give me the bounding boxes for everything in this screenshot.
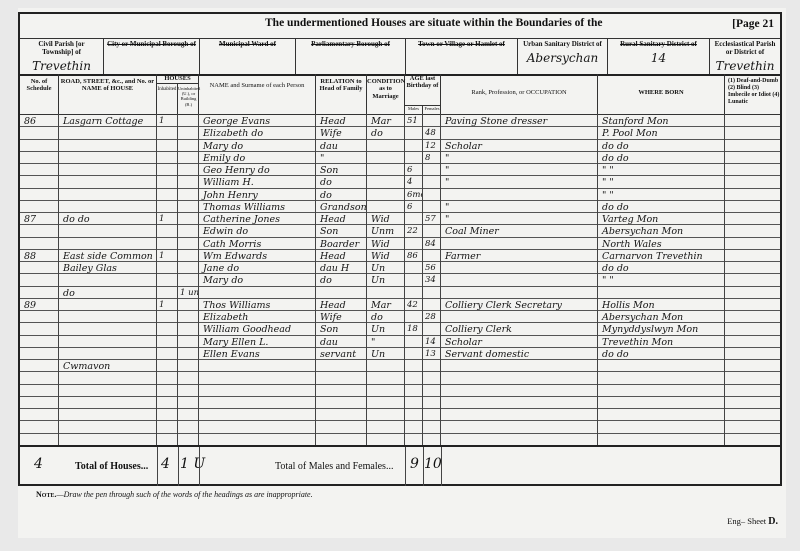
cell-road: Bailey Glas xyxy=(59,261,157,273)
cell-rel: Son xyxy=(316,163,367,175)
cell-uninh xyxy=(178,249,199,261)
cell-name: Wm Edwards xyxy=(199,249,316,261)
cell-road xyxy=(59,273,157,285)
cell-road xyxy=(59,163,157,175)
cell-cond: Mar xyxy=(367,298,405,310)
cell-cond: Wid xyxy=(367,212,405,224)
cell-uninh xyxy=(178,371,199,383)
cell-uninh xyxy=(178,298,199,310)
cell-born xyxy=(598,396,725,408)
cell-cond xyxy=(367,371,405,383)
cell-uninh xyxy=(178,151,199,163)
cell-f xyxy=(423,384,441,396)
cell-rel: do xyxy=(316,175,367,187)
cell-inh xyxy=(157,420,178,432)
cell-born xyxy=(598,433,725,445)
cell-born: " " xyxy=(598,188,725,200)
cell-inf xyxy=(725,420,780,432)
district-label: Ecclesiastical Parish or District of xyxy=(713,40,777,56)
cell-cond xyxy=(367,359,405,371)
page-number: [Page 21 xyxy=(732,18,774,30)
table-row: John Henrydo6mos" " xyxy=(20,188,780,201)
cell-inf xyxy=(725,139,780,151)
total-persons-label: Total of Males and Females... xyxy=(275,461,393,472)
cell-rel: " xyxy=(316,151,367,163)
cell-inh xyxy=(157,359,178,371)
cell-cond xyxy=(367,163,405,175)
cell-inh xyxy=(157,175,178,187)
cell-name: Jane do xyxy=(199,261,316,273)
total-uninhabited: 1 U xyxy=(180,456,205,472)
cell-uninh xyxy=(178,347,199,359)
cell-m xyxy=(405,126,423,138)
cell-born: do do xyxy=(598,347,725,359)
table-row: Ellen EvansservantUn13Servant domesticdo… xyxy=(20,347,780,360)
header-infirmity: (1) Deaf-and-Dumb (2) Blind (3) Imbecile… xyxy=(725,74,780,114)
cell-inh xyxy=(157,188,178,200)
cell-m: 86 xyxy=(405,249,423,261)
cell-road xyxy=(59,224,157,236)
cell-road xyxy=(59,420,157,432)
cell-inf xyxy=(725,188,780,200)
cell-road: do xyxy=(59,286,157,298)
district-cell: City or Municipal Borough of xyxy=(104,38,200,74)
cell-sched xyxy=(20,310,59,322)
cell-road: Lasgarn Cottage xyxy=(59,114,157,126)
cell-rel xyxy=(316,286,367,298)
header-relation: RELATION to Head of Family xyxy=(316,74,367,114)
cell-name: Edwin do xyxy=(199,224,316,236)
cell-uninh xyxy=(178,188,199,200)
cell-road xyxy=(59,151,157,163)
cell-inf xyxy=(725,126,780,138)
cell-inf xyxy=(725,224,780,236)
cell-occ: " xyxy=(441,200,598,212)
cell-uninh xyxy=(178,175,199,187)
cell-sched xyxy=(20,175,59,187)
cell-name: Catherine Jones xyxy=(199,212,316,224)
cell-rel: Wife xyxy=(316,126,367,138)
district-label: Civil Parish [or Township] of xyxy=(23,40,100,56)
cell-f xyxy=(423,408,441,420)
cell-road xyxy=(59,126,157,138)
cell-cond: " xyxy=(367,335,405,347)
cell-name xyxy=(199,371,316,383)
cell-occ xyxy=(441,126,598,138)
cell-f xyxy=(423,175,441,187)
cell-cond: Mar xyxy=(367,114,405,126)
cell-name: Thos Williams xyxy=(199,298,316,310)
cell-inf xyxy=(725,433,780,445)
cell-rel: Son xyxy=(316,224,367,236)
cell-born xyxy=(598,359,725,371)
cell-f xyxy=(423,359,441,371)
cell-f xyxy=(423,163,441,175)
banner-text: The undermentioned Houses are situate wi… xyxy=(265,17,602,29)
cell-sched xyxy=(20,151,59,163)
cell-occ xyxy=(441,408,598,420)
cell-name: Geo Henry do xyxy=(199,163,316,175)
district-cell: Ecclesiastical Parish or District ofTrev… xyxy=(710,38,780,74)
cell-inh: 1 xyxy=(157,298,178,310)
table-row xyxy=(20,396,780,409)
cell-sched xyxy=(20,396,59,408)
cell-road xyxy=(59,396,157,408)
cell-uninh xyxy=(178,261,199,273)
district-value: Trevethin xyxy=(23,59,100,73)
footnote: Note.—Draw the pen through such of the w… xyxy=(36,490,313,499)
district-row: Civil Parish [or Township] ofTrevethinCi… xyxy=(20,38,780,76)
cell-m xyxy=(405,335,423,347)
cell-rel: Head xyxy=(316,114,367,126)
cell-m xyxy=(405,212,423,224)
district-label: City or Municipal Borough of xyxy=(107,40,196,48)
table-row: Cwmavon xyxy=(20,359,780,372)
cell-m xyxy=(405,408,423,420)
cell-uninh xyxy=(178,126,199,138)
cell-inf xyxy=(725,175,780,187)
header-females: Females xyxy=(423,105,441,114)
cell-name: Emily do xyxy=(199,151,316,163)
cell-name: John Henry xyxy=(199,188,316,200)
cell-f: 84 xyxy=(423,237,441,249)
cell-uninh xyxy=(178,359,199,371)
cell-inf xyxy=(725,212,780,224)
cell-road xyxy=(59,322,157,334)
cell-uninh xyxy=(178,420,199,432)
cell-uninh xyxy=(178,322,199,334)
cell-f: 28 xyxy=(423,310,441,322)
cell-rel xyxy=(316,396,367,408)
cell-sched xyxy=(20,261,59,273)
cell-f xyxy=(423,433,441,445)
header-males: Males xyxy=(405,105,423,114)
table-row: William GoodheadSonUn18Colliery ClerkMyn… xyxy=(20,322,780,335)
table-row xyxy=(20,408,780,421)
cell-sched xyxy=(20,200,59,212)
cell-occ xyxy=(441,433,598,445)
cell-f: 57 xyxy=(423,212,441,224)
cell-cond xyxy=(367,175,405,187)
cell-inh xyxy=(157,371,178,383)
cell-sched xyxy=(20,139,59,151)
cell-m: 6 xyxy=(405,200,423,212)
cell-road: do do xyxy=(59,212,157,224)
cell-cond xyxy=(367,384,405,396)
cell-sched xyxy=(20,384,59,396)
cell-name: Thomas Williams xyxy=(199,200,316,212)
table-row: Elizabeth doWifedo48P. Pool Mon xyxy=(20,126,780,139)
cell-rel: Head xyxy=(316,212,367,224)
cell-occ: Paving Stone dresser xyxy=(441,114,598,126)
cell-occ xyxy=(441,273,598,285)
cell-m xyxy=(405,384,423,396)
cell-inh xyxy=(157,126,178,138)
district-cell: Town or Village or Hamlet of xyxy=(406,38,518,74)
cell-inh xyxy=(157,396,178,408)
cell-born xyxy=(598,286,725,298)
cell-rel xyxy=(316,420,367,432)
cell-inh: 1 xyxy=(157,114,178,126)
cell-cond xyxy=(367,408,405,420)
cell-born xyxy=(598,420,725,432)
cell-born xyxy=(598,408,725,420)
cell-occ: Servant domestic xyxy=(441,347,598,359)
cell-m xyxy=(405,396,423,408)
cell-rel: Head xyxy=(316,298,367,310)
cell-f xyxy=(423,322,441,334)
cell-rel: dau xyxy=(316,335,367,347)
cell-m: 51 xyxy=(405,114,423,126)
cell-occ xyxy=(441,396,598,408)
cell-road xyxy=(59,310,157,322)
cell-m xyxy=(405,261,423,273)
cell-uninh xyxy=(178,163,199,175)
cell-uninh xyxy=(178,396,199,408)
cell-cond xyxy=(367,286,405,298)
cell-born: P. Pool Mon xyxy=(598,126,725,138)
cell-f xyxy=(423,114,441,126)
cell-occ: " xyxy=(441,212,598,224)
table-row: Geo Henry doSon6"" " xyxy=(20,163,780,176)
cell-occ: Colliery Clerk Secretary xyxy=(441,298,598,310)
cell-sched: 88 xyxy=(20,249,59,261)
cell-rel xyxy=(316,408,367,420)
cell-born: Abersychan Mon xyxy=(598,310,725,322)
cell-rel xyxy=(316,433,367,445)
cell-inh xyxy=(157,433,178,445)
cell-inh: 1 xyxy=(157,212,178,224)
cell-inh xyxy=(157,151,178,163)
cell-born xyxy=(598,384,725,396)
cell-uninh xyxy=(178,408,199,420)
cell-occ: " xyxy=(441,175,598,187)
cell-inf xyxy=(725,286,780,298)
cell-cond: do xyxy=(367,126,405,138)
table-row xyxy=(20,371,780,384)
district-cell: Parliamentary Borough of xyxy=(296,38,406,74)
district-value: Trevethin xyxy=(713,59,777,73)
cell-inf xyxy=(725,237,780,249)
cell-f xyxy=(423,188,441,200)
cell-born: Abersychan Mon xyxy=(598,224,725,236)
cell-f xyxy=(423,396,441,408)
cell-inf xyxy=(725,114,780,126)
cell-occ xyxy=(441,359,598,371)
cell-inf xyxy=(725,359,780,371)
cell-f xyxy=(423,298,441,310)
total-houses-label: Total of Houses... xyxy=(75,461,148,472)
table-row: Mary Ellen L.dau"14ScholarTrevethin Mon xyxy=(20,335,780,348)
cell-cond xyxy=(367,151,405,163)
cell-sched xyxy=(20,188,59,200)
cell-sched xyxy=(20,163,59,175)
sheet-label: Eng– Sheet D. xyxy=(727,516,778,527)
table-row: Mary dodoUn34" " xyxy=(20,273,780,286)
cell-name: Cath Morris xyxy=(199,237,316,249)
cell-occ xyxy=(441,188,598,200)
cell-uninh xyxy=(178,237,199,249)
cell-born: Varteg Mon xyxy=(598,212,725,224)
district-label: Rural Sanitary District of xyxy=(611,40,706,48)
district-cell: Civil Parish [or Township] ofTrevethin xyxy=(20,38,104,74)
cell-f: 48 xyxy=(423,126,441,138)
cell-inf xyxy=(725,151,780,163)
cell-name: Mary do xyxy=(199,139,316,151)
cell-sched xyxy=(20,359,59,371)
table-row: 87do do1Catherine JonesHeadWid57"Varteg … xyxy=(20,212,780,225)
cell-f xyxy=(423,249,441,261)
cell-f: 12 xyxy=(423,139,441,151)
cell-uninh xyxy=(178,433,199,445)
cell-inh xyxy=(157,261,178,273)
cell-m: 22 xyxy=(405,224,423,236)
cell-f xyxy=(423,286,441,298)
cell-road xyxy=(59,371,157,383)
cell-m xyxy=(405,237,423,249)
cell-m xyxy=(405,347,423,359)
header-schedule: No. of Schedule xyxy=(20,74,59,114)
cell-name: Elizabeth do xyxy=(199,126,316,138)
cell-f xyxy=(423,200,441,212)
cell-m: 42 xyxy=(405,298,423,310)
cell-occ xyxy=(441,420,598,432)
cell-uninh xyxy=(178,273,199,285)
header-where-born: WHERE BORN xyxy=(598,74,725,114)
header-inhabited: Inhabited xyxy=(157,83,178,114)
cell-rel xyxy=(316,371,367,383)
header-road: ROAD, STREET, &c., and No. or NAME of HO… xyxy=(59,74,157,114)
cell-rel: Grandson xyxy=(316,200,367,212)
district-label: Municipal Ward of xyxy=(203,40,292,48)
table-row: ElizabethWifedo28Abersychan Mon xyxy=(20,310,780,323)
cell-cond xyxy=(367,433,405,445)
cell-road xyxy=(59,139,157,151)
header-occupation: Rank, Profession, or OCCUPATION xyxy=(441,74,598,114)
cell-rel: dau xyxy=(316,139,367,151)
cell-rel: Head xyxy=(316,249,367,261)
cell-inf xyxy=(725,273,780,285)
cell-inh xyxy=(157,200,178,212)
totals-row: 4 Total of Houses... 4 1 U Total of Male… xyxy=(20,445,780,486)
district-label: Town or Village or Hamlet of xyxy=(409,40,514,48)
cell-name xyxy=(199,396,316,408)
cell-m: 6 xyxy=(405,163,423,175)
cell-m xyxy=(405,433,423,445)
cell-road xyxy=(59,335,157,347)
cell-cond: Un xyxy=(367,273,405,285)
total-inhabited: 4 xyxy=(161,456,170,472)
cell-inf xyxy=(725,408,780,420)
cell-inf xyxy=(725,396,780,408)
cell-born xyxy=(598,371,725,383)
table-row: 891Thos WilliamsHeadMar42Colliery Clerk … xyxy=(20,298,780,311)
district-cell: Municipal Ward of xyxy=(200,38,296,74)
cell-name: Elizabeth xyxy=(199,310,316,322)
cell-name xyxy=(199,433,316,445)
cell-inf xyxy=(725,249,780,261)
cell-road xyxy=(59,408,157,420)
cell-inf xyxy=(725,298,780,310)
table-row: 86Lasgarn Cottage1George EvansHeadMar51P… xyxy=(20,114,780,127)
cell-uninh xyxy=(178,139,199,151)
header-age: AGE last Birthday of Males Females xyxy=(405,74,441,114)
table-row: Cath MorrisBoarderWid84North Wales xyxy=(20,237,780,250)
cell-inh xyxy=(157,310,178,322)
header-name: NAME and Surname of each Person xyxy=(199,74,316,114)
cell-rel: Boarder xyxy=(316,237,367,249)
cell-occ: " xyxy=(441,151,598,163)
cell-m: 6mos xyxy=(405,188,423,200)
table-row: Mary dodau12Scholardo do xyxy=(20,139,780,152)
cell-rel: dau H xyxy=(316,261,367,273)
cell-m xyxy=(405,273,423,285)
header-condition: CONDITION as to Marriage xyxy=(367,74,405,114)
cell-cond: Un xyxy=(367,261,405,273)
cell-road xyxy=(59,188,157,200)
cell-born: Trevethin Mon xyxy=(598,335,725,347)
cell-inf xyxy=(725,335,780,347)
cell-inf xyxy=(725,384,780,396)
cell-sched xyxy=(20,433,59,445)
cell-inh xyxy=(157,286,178,298)
cell-name xyxy=(199,408,316,420)
cell-cond: Wid xyxy=(367,237,405,249)
cell-m xyxy=(405,151,423,163)
cell-m xyxy=(405,310,423,322)
table-row: Emily do"8"do do xyxy=(20,151,780,164)
cell-born: Carnarvon Trevethin xyxy=(598,249,725,261)
cell-rel xyxy=(316,384,367,396)
cell-sched xyxy=(20,347,59,359)
cell-cond: do xyxy=(367,310,405,322)
cell-cond xyxy=(367,396,405,408)
cell-sched: 86 xyxy=(20,114,59,126)
cell-occ: Farmer xyxy=(441,249,598,261)
cell-m xyxy=(405,359,423,371)
table-row: Thomas WilliamsGrandson6"do do xyxy=(20,200,780,213)
cell-name xyxy=(199,359,316,371)
cell-road xyxy=(59,384,157,396)
cell-rel: Wife xyxy=(316,310,367,322)
table-row: 88East side Common1Wm EdwardsHeadWid86Fa… xyxy=(20,249,780,262)
cell-f: 34 xyxy=(423,273,441,285)
cell-f: 13 xyxy=(423,347,441,359)
cell-cond: Un xyxy=(367,347,405,359)
cell-sched xyxy=(20,286,59,298)
census-sheet: The undermentioned Houses are situate wi… xyxy=(18,8,786,538)
cell-inh xyxy=(157,273,178,285)
cell-uninh xyxy=(178,335,199,347)
cell-rel xyxy=(316,359,367,371)
total-females: 10 xyxy=(424,456,442,472)
cell-rel: Son xyxy=(316,322,367,334)
cell-m xyxy=(405,371,423,383)
cell-f xyxy=(423,420,441,432)
cell-road xyxy=(59,347,157,359)
cell-cond xyxy=(367,200,405,212)
cell-f: 14 xyxy=(423,335,441,347)
cell-occ: Scholar xyxy=(441,139,598,151)
cell-occ xyxy=(441,371,598,383)
cell-born: do do xyxy=(598,139,725,151)
cell-occ xyxy=(441,310,598,322)
cell-uninh xyxy=(178,224,199,236)
cell-inh xyxy=(157,347,178,359)
cell-cond: Un xyxy=(367,322,405,334)
district-cell: Rural Sanitary District of14 xyxy=(608,38,710,74)
cell-name: Mary do xyxy=(199,273,316,285)
